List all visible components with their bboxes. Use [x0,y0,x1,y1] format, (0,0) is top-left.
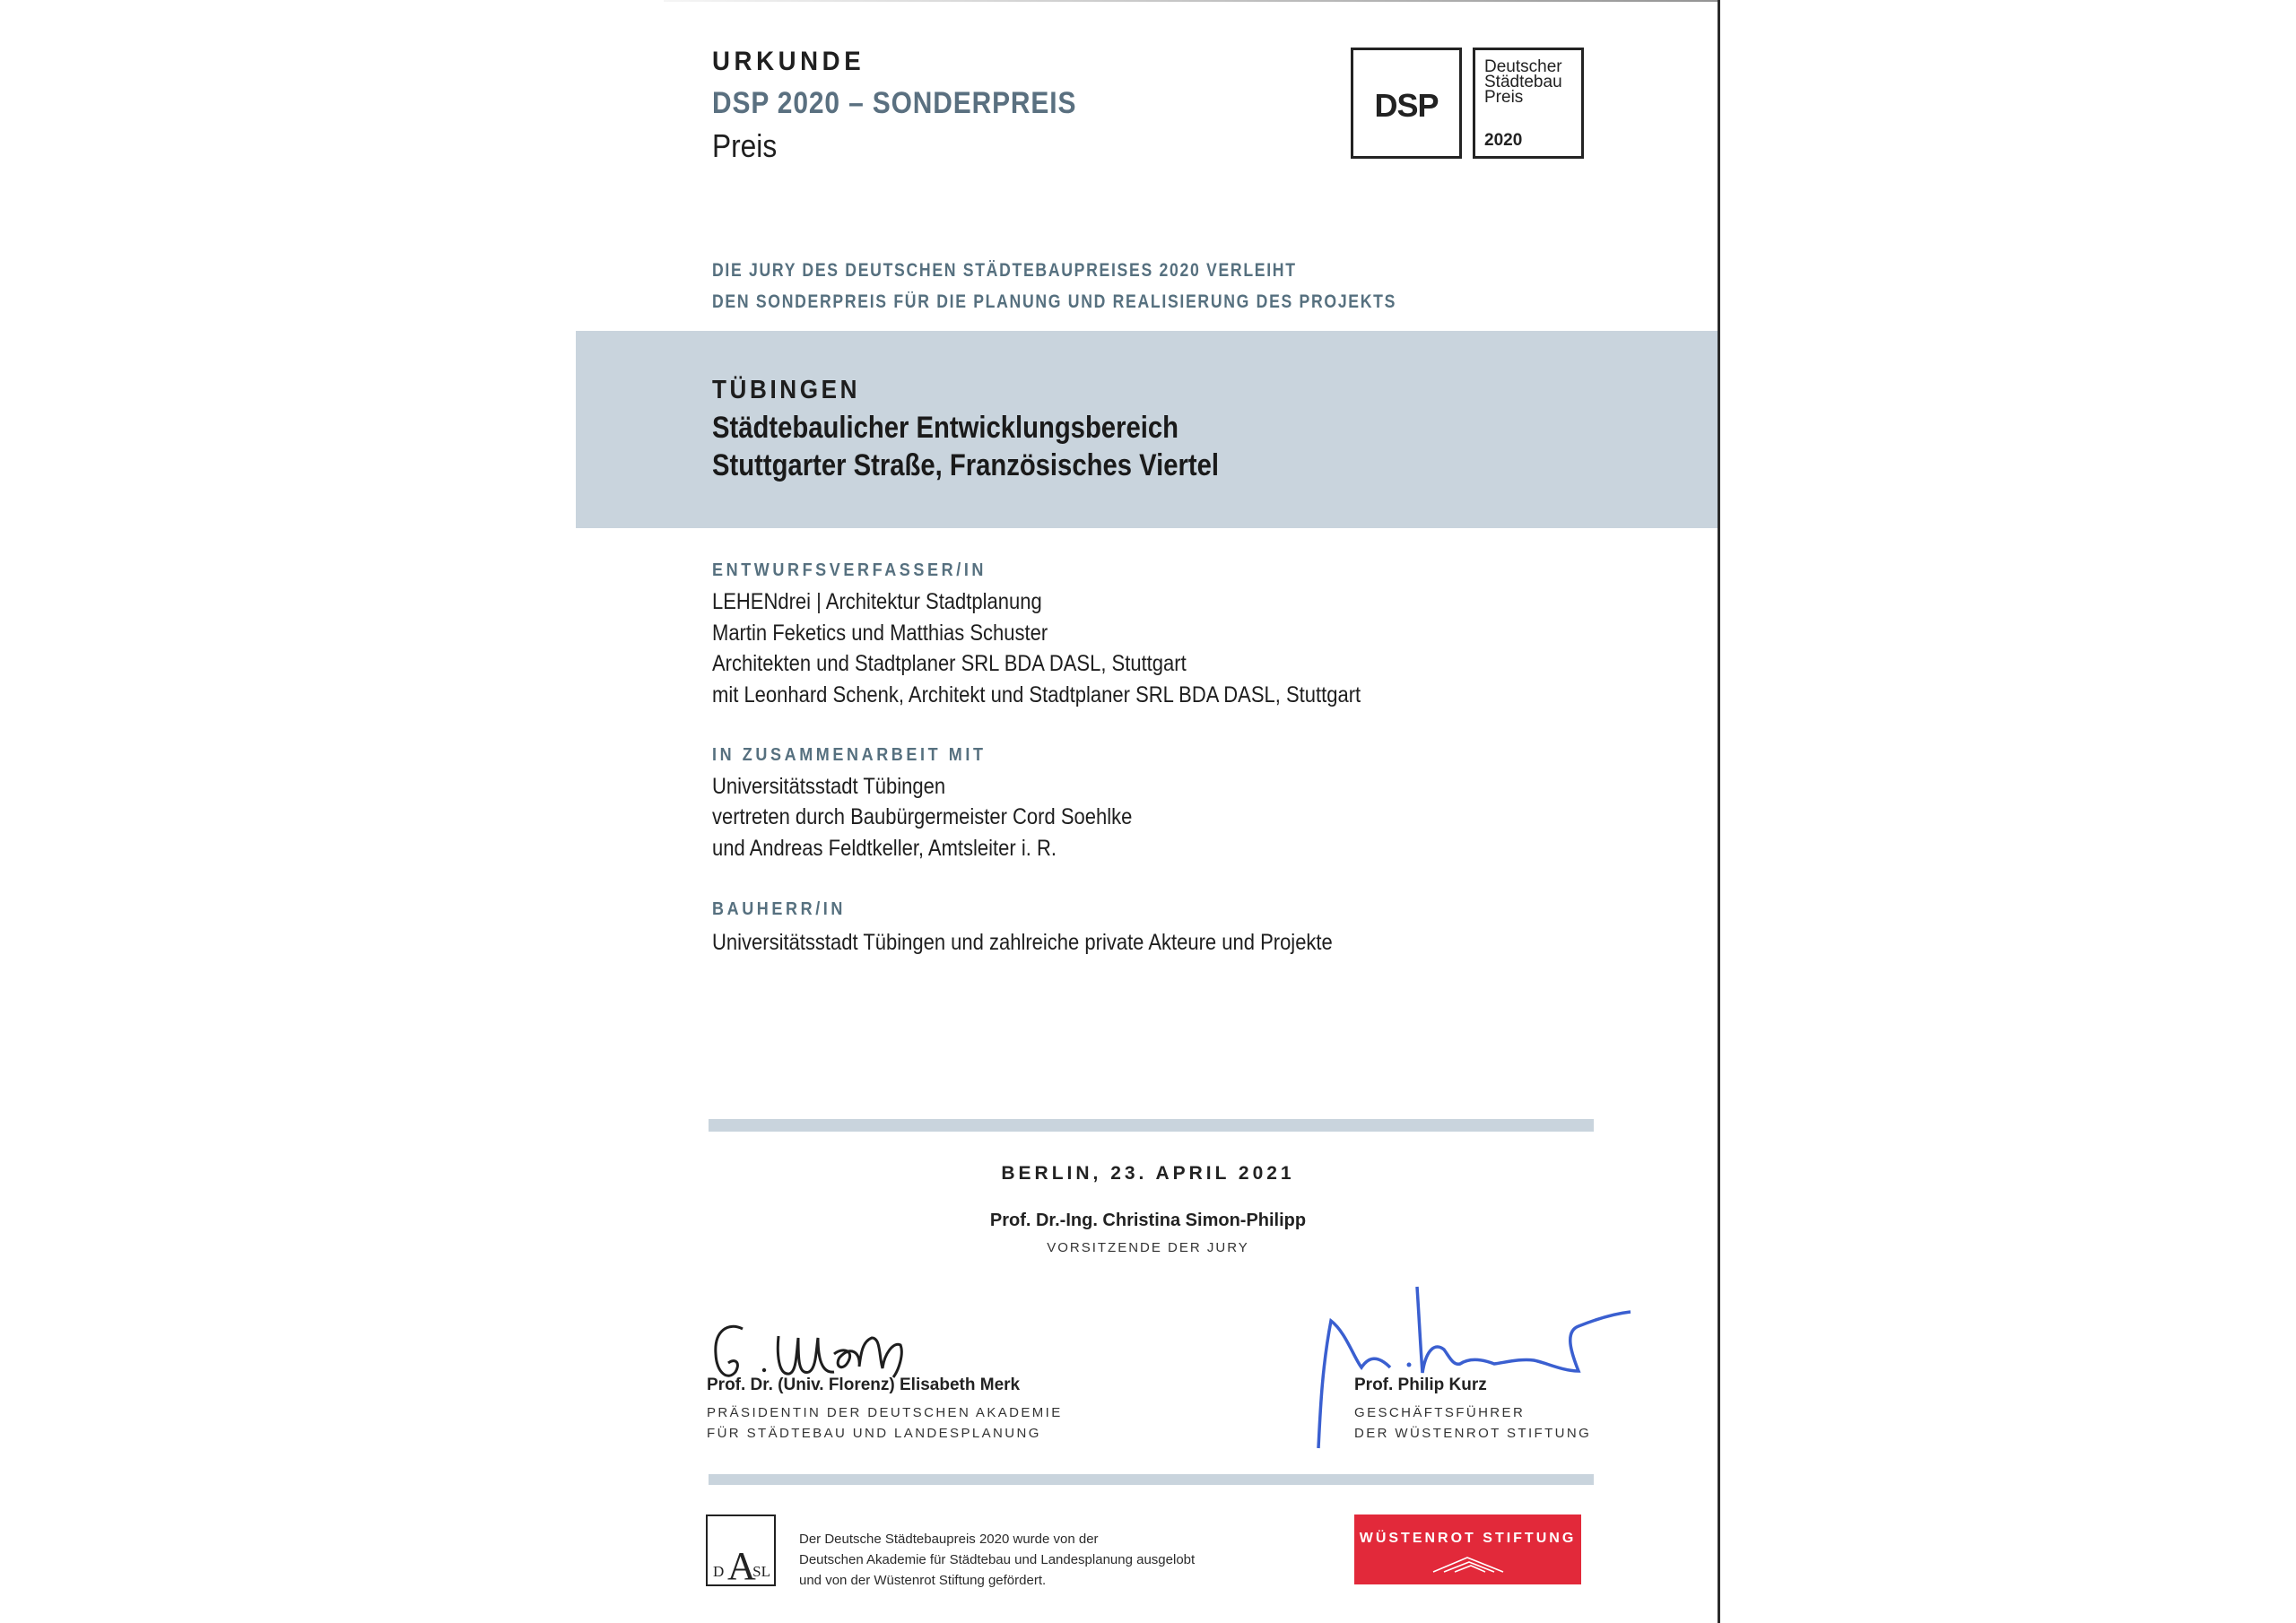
dasl-logo-sl: SL [752,1563,770,1581]
footer-text-line: Deutschen Akademie für Städtebau und Lan… [799,1552,1195,1567]
dsp-logo-year: 2020 [1484,131,1522,151]
signatory-name: Prof. Dr. (Univ. Florenz) Elisabeth Merk [707,1376,1020,1395]
project-place: TÜBINGEN [712,376,860,405]
footer-text-line: und von der Wüstenrot Stiftung gefördert… [799,1573,1046,1588]
jury-intro-line-1: DIE JURY DES DEUTSCHEN STÄDTEBAUPREISES … [712,260,1297,282]
section-line: Architekten und Stadtplaner SRL BDA DASL… [712,651,1187,677]
signatory-role: FÜR STÄDTEBAU UND LANDESPLANUNG [707,1426,1041,1441]
signatory-name: Prof. Philip Kurz [1354,1376,1487,1395]
wuestenrot-logo: WÜSTENROT STIFTUNG [1354,1515,1581,1584]
section-heading: ENTWURFSVERFASSER/IN [712,560,987,581]
dasl-logo: D A SL [706,1515,776,1586]
divider-bar [709,1474,1594,1485]
section-line: und Andreas Feldtkeller, Amtsleiter i. R… [712,836,1057,862]
section-line: Universitätsstadt Tübingen [712,774,945,800]
dasl-logo-a: A [727,1547,756,1586]
dsp-logo-abbreviation: DSP [1353,87,1459,125]
wuestenrot-logo-text: WÜSTENROT STIFTUNG [1354,1531,1581,1547]
section-heading: IN ZUSAMMENARBEIT MIT [712,745,987,766]
award-title: DSP 2020 – SONDERPREIS [712,86,1076,121]
jury-chair-role: VORSITZENDE DER JURY [712,1240,1584,1255]
dasl-logo-d: D [713,1563,724,1581]
project-title-line-1: Städtebaulicher Entwicklungsbereich [712,411,1178,446]
paper-top-edge [664,0,1718,2]
jury-chair-name: Prof. Dr.-Ing. Christina Simon-Philipp [712,1211,1584,1231]
paper-right-edge [1718,0,1720,1623]
divider-bar [709,1119,1594,1132]
section-line: LEHENdrei | Architektur Stadtplanung [712,589,1042,615]
project-title-line-2: Stuttgarter Straße, Französisches Vierte… [712,448,1219,483]
signatory-role: DER WÜSTENROT STIFTUNG [1354,1426,1591,1441]
section-line: Martin Feketics und Matthias Schuster [712,621,1048,647]
section-line: Universitätsstadt Tübingen und zahlreich… [712,930,1333,956]
document-type: URKUNDE [712,47,865,77]
section-heading: BAUHERR/IN [712,899,846,920]
roof-chevron-icon [1431,1554,1505,1574]
signatory-role: GESCHÄFTSFÜHRER [1354,1405,1525,1420]
place-date: BERLIN, 23. APRIL 2021 [712,1163,1584,1185]
dsp-logo-mark: DSP [1351,48,1462,159]
section-line: vertreten durch Baubürgermeister Cord So… [712,804,1132,830]
section-line: mit Leonhard Schenk, Architekt und Stadt… [712,682,1361,708]
award-kind: Preis [712,127,777,165]
dsp-logo-wordmark: Deutscher Städtebau Preis 2020 [1473,48,1584,159]
footer-text-line: Der Deutsche Städtebaupreis 2020 wurde v… [799,1532,1099,1547]
jury-intro-line-2: DEN SONDERPREIS FÜR DIE PLANUNG UND REAL… [712,291,1396,313]
signatory-role: PRÄSIDENTIN DER DEUTSCHEN AKADEMIE [707,1405,1063,1420]
dsp-logo-name: Deutscher Städtebau Preis [1484,59,1562,105]
